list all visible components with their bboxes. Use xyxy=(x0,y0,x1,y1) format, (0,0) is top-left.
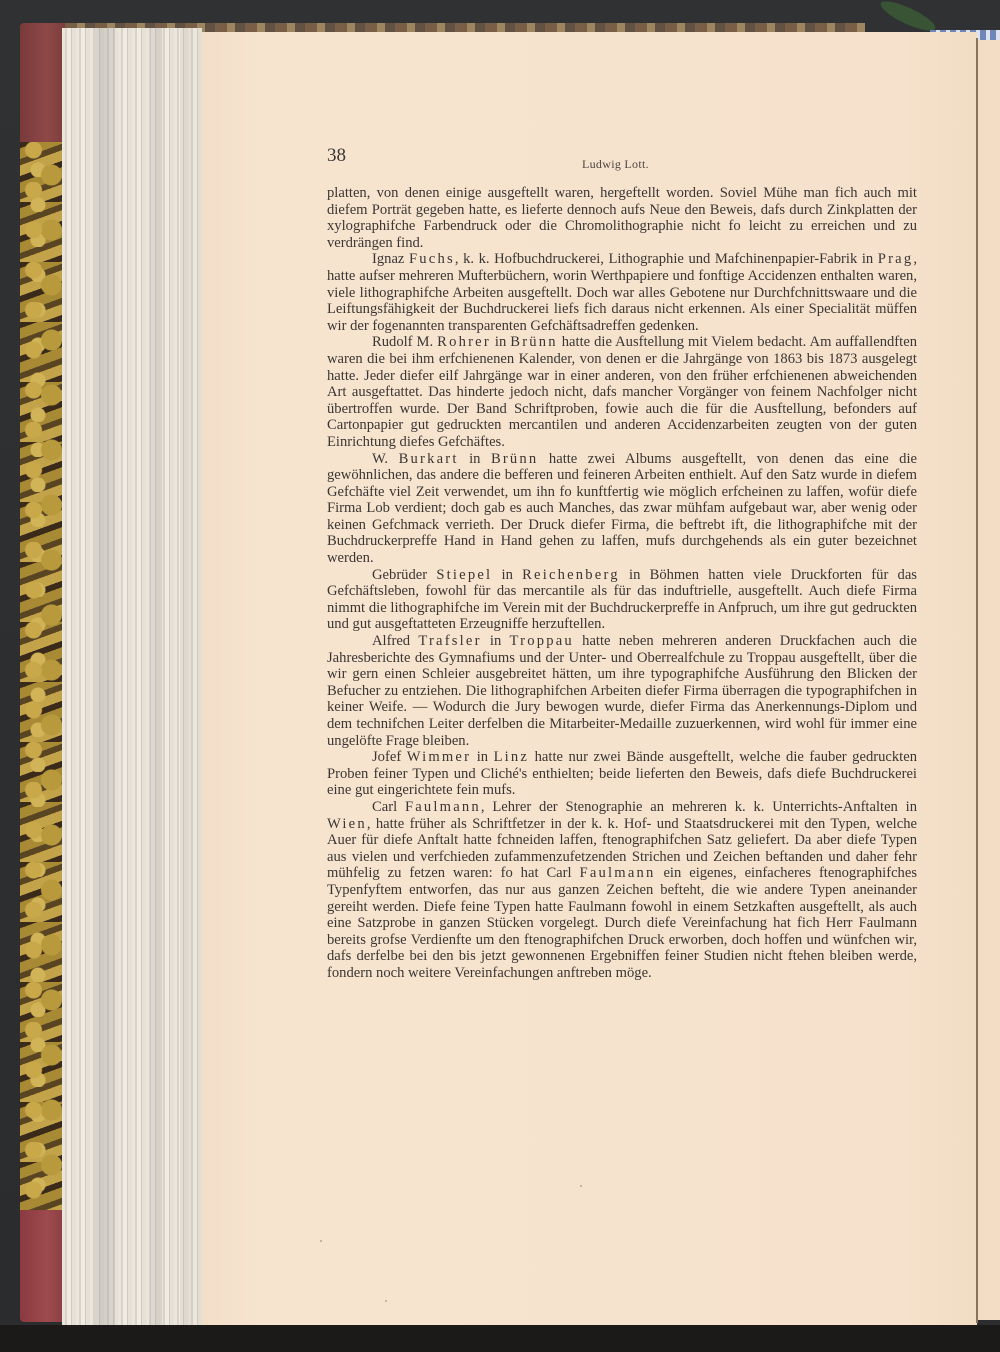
spaced-name: Trafsler xyxy=(418,633,481,649)
cover-leather-corner-top xyxy=(20,23,65,143)
spaced-name: Prag xyxy=(878,251,914,267)
page-text: 38 Ludwig Lott. platten, von denen einig… xyxy=(327,145,917,982)
paragraph: Gebrüder Stiepel in Reichenberg in Böhme… xyxy=(327,567,917,633)
spaced-name: Brünn xyxy=(491,451,538,467)
text-run: in xyxy=(491,334,510,350)
text-run: in xyxy=(471,749,493,765)
spaced-name: Wimmer xyxy=(407,749,472,765)
text-run: , k. k. Hofbuchdruckerei, Lithographie u… xyxy=(455,251,878,267)
body-text: platten, von denen einige ausgeftellt wa… xyxy=(327,185,917,982)
text-run: in xyxy=(482,633,510,649)
text-run: hatte zwei Albums ausgeftellt, von denen… xyxy=(327,451,917,567)
text-run: in xyxy=(459,451,491,467)
page-stack-shade xyxy=(180,28,202,1325)
text-run: Ignaz xyxy=(372,251,409,267)
spaced-name: Fuchs xyxy=(409,251,455,267)
paragraph: Ignaz Fuchs, k. k. Hofbuchdruckerei, Lit… xyxy=(327,251,917,334)
spaced-name: Faulmann xyxy=(405,799,481,815)
paper-speck xyxy=(385,1300,387,1302)
table-surface xyxy=(0,1325,1000,1352)
text-run: Jofef xyxy=(372,749,407,765)
spaced-name: Faulmann xyxy=(580,865,656,881)
spaced-name: Brünn xyxy=(510,334,557,350)
paragraph: W. Burkart in Brünn hatte zwei Albums au… xyxy=(327,451,917,567)
paper-speck xyxy=(320,1240,322,1242)
paragraph: Carl Faulmann, Lehrer der Stenographie a… xyxy=(327,799,917,982)
spaced-name: Linz xyxy=(494,749,530,765)
page-number: 38 xyxy=(327,145,346,167)
paragraph: Jofef Wimmer in Linz hatte nur zwei Bänd… xyxy=(327,749,917,799)
paragraph: platten, von denen einige ausgeftellt wa… xyxy=(327,185,917,251)
paragraph: Alfred Trafsler in Troppau hatte neben m… xyxy=(327,633,917,749)
page-stack-shade xyxy=(95,28,115,1325)
cover-marbled-board xyxy=(20,142,65,1212)
spaced-name: Reichenberg xyxy=(522,567,620,583)
text-run: W. xyxy=(372,451,399,467)
text-run: Gebrüder xyxy=(372,567,436,583)
spaced-name: Stiepel xyxy=(436,567,492,583)
running-head-author: Ludwig Lott. xyxy=(582,157,649,172)
spaced-name: Wien xyxy=(327,816,367,832)
spaced-name: Burkart xyxy=(399,451,459,467)
cover-leather-corner-bottom xyxy=(20,1210,65,1322)
text-run: Alfred xyxy=(372,633,418,649)
page-stack-shade xyxy=(150,28,162,1325)
spaced-name: Troppau xyxy=(510,633,574,649)
text-run: in xyxy=(492,567,522,583)
paper-speck xyxy=(580,1185,582,1187)
spaced-name: Rohrer xyxy=(437,334,491,350)
text-run: hatte neben mehreren anderen Druckfachen… xyxy=(327,633,917,749)
book-photo: 38 Ludwig Lott. platten, von denen einig… xyxy=(0,0,1000,1352)
running-head: 38 Ludwig Lott. xyxy=(327,145,917,185)
text-run: Rudolf M. xyxy=(372,334,437,350)
text-run: Carl xyxy=(372,799,405,815)
text-run: platten, von denen einige ausgeftellt wa… xyxy=(327,185,917,251)
text-run: ein eigenes, einfacheres ftenographifche… xyxy=(327,865,917,981)
facing-page-edge xyxy=(978,40,1000,1320)
text-run: hatte die Ausftellung mit Vielem bedacht… xyxy=(327,334,917,450)
text-run: , Lehrer der Stenographie an mehreren k.… xyxy=(481,799,917,815)
paragraph: Rudolf M. Rohrer in Brünn hatte die Ausf… xyxy=(327,334,917,450)
